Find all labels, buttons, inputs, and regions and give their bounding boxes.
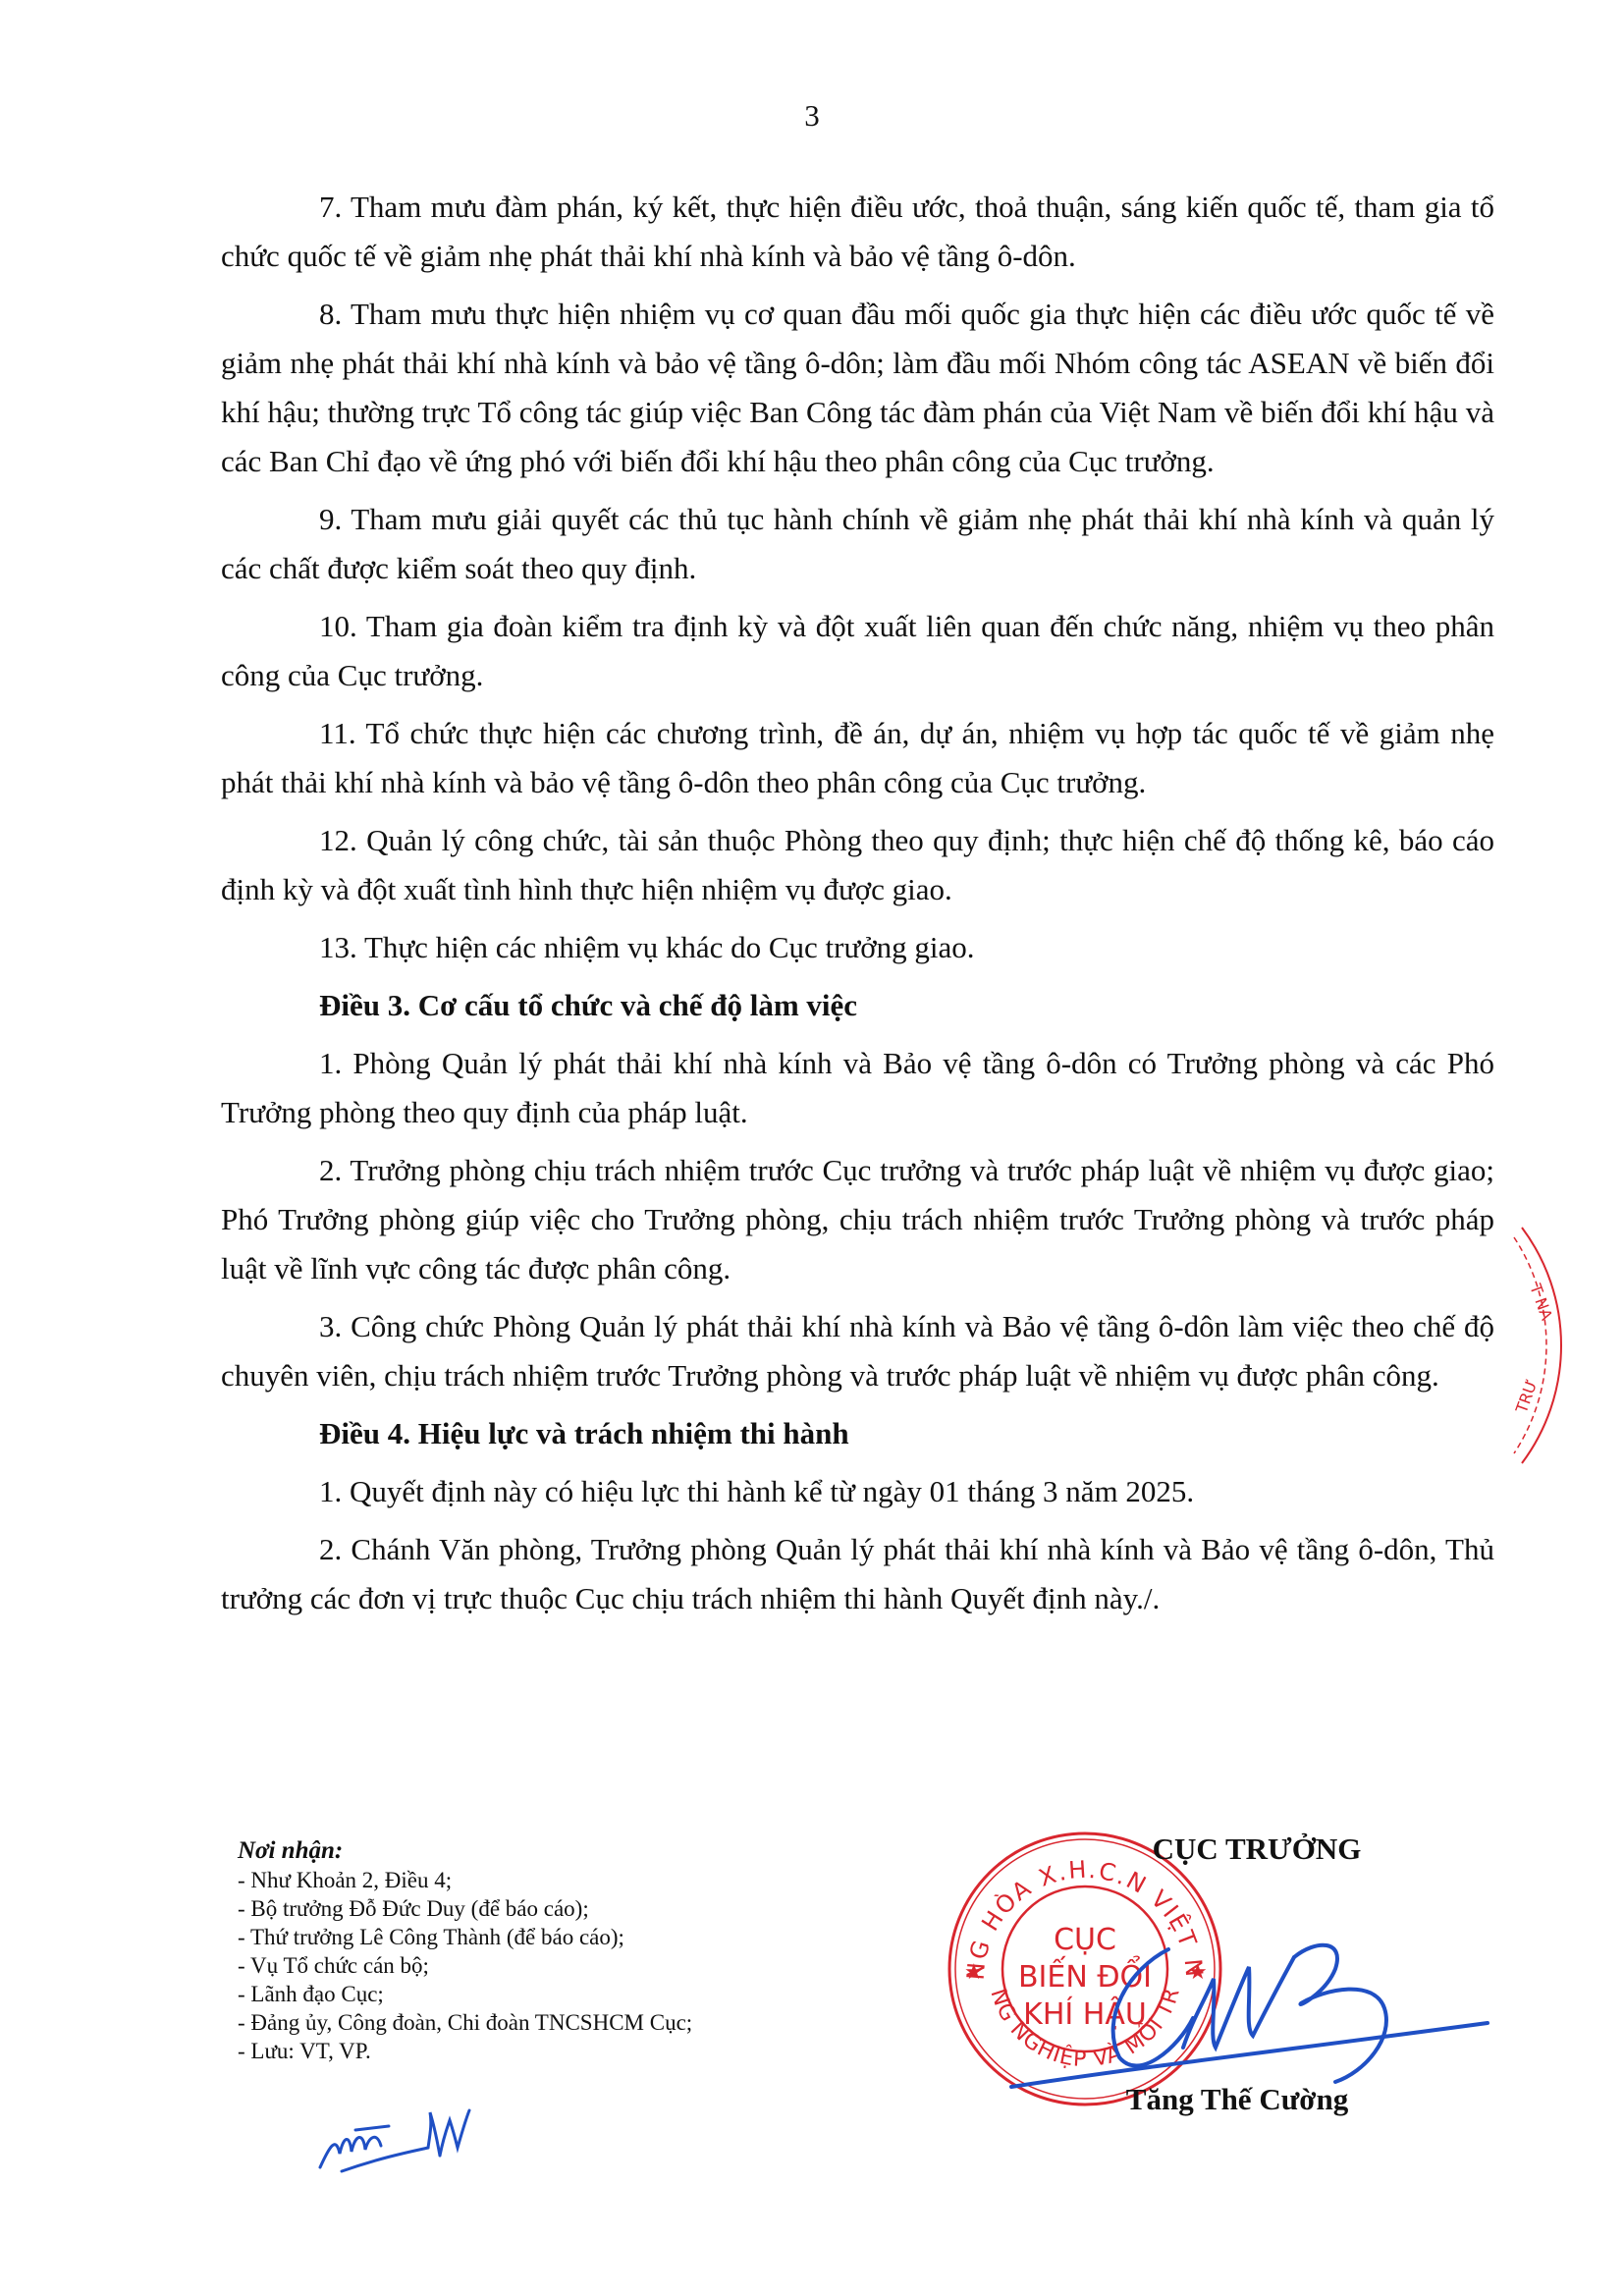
svg-text:TRƯ: TRƯ bbox=[1512, 1377, 1542, 1416]
margin-seal-icon: T NA TRƯ bbox=[1512, 1218, 1571, 1473]
body-paragraph: 2. Trưởng phòng chịu trách nhiệm trước C… bbox=[221, 1146, 1494, 1293]
recipient-item: - Đảng ủy, Công đoàn, Chi đoàn TNCSHCM C… bbox=[238, 2008, 692, 2037]
signer-title: CỤC TRƯỞNG bbox=[1070, 1831, 1443, 1867]
body-paragraph: 2. Chánh Văn phòng, Trưởng phòng Quản lý… bbox=[221, 1525, 1494, 1623]
body-paragraph: 8. Tham mưu thực hiện nhiệm vụ cơ quan đ… bbox=[221, 290, 1494, 486]
body-paragraph: 1. Quyết định này có hiệu lực thi hành k… bbox=[221, 1467, 1494, 1516]
page-number: 3 bbox=[0, 98, 1624, 134]
body-paragraph: 3. Công chức Phòng Quản lý phát thải khí… bbox=[221, 1302, 1494, 1400]
recipients-block: Nơi nhận: - Như Khoản 2, Điều 4; - Bộ tr… bbox=[238, 1836, 692, 2065]
article-heading: Điều 4. Hiệu lực và trách nhiệm thi hành bbox=[221, 1409, 1494, 1458]
document-body: 7. Tham mưu đàm phán, ký kết, thực hiện … bbox=[221, 183, 1494, 1632]
handwritten-signature-icon bbox=[982, 1910, 1492, 2106]
svg-text:★: ★ bbox=[964, 1960, 984, 1985]
recipient-item: - Lãnh đạo Cục; bbox=[238, 1980, 692, 2008]
signature-block: CỘNG HÒA X.H.C.N VIỆT NAM BỘ NÔNG NGHIỆP… bbox=[943, 1822, 1492, 2156]
recipient-item: - Vụ Tổ chức cán bộ; bbox=[238, 1951, 692, 1980]
recipient-item: - Thứ trưởng Lê Công Thành (để báo cáo); bbox=[238, 1923, 692, 1951]
article-heading: Điều 3. Cơ cấu tổ chức và chế độ làm việ… bbox=[221, 981, 1494, 1030]
recipient-item: - Như Khoản 2, Điều 4; bbox=[238, 1866, 692, 1894]
document-page: 3 7. Tham mưu đàm phán, ký kết, thực hiệ… bbox=[0, 0, 1624, 2296]
recipient-item: - Bộ trưởng Đỗ Đức Duy (để báo cáo); bbox=[238, 1894, 692, 1923]
body-paragraph: 13. Thực hiện các nhiệm vụ khác do Cục t… bbox=[221, 923, 1494, 972]
body-paragraph: 9. Tham mưu giải quyết các thủ tục hành … bbox=[221, 495, 1494, 593]
initials-signature-icon bbox=[312, 2106, 499, 2175]
recipients-title: Nơi nhận: bbox=[238, 1836, 692, 1865]
recipient-item: - Lưu: VT, VP. bbox=[238, 2037, 692, 2065]
body-paragraph: 10. Tham gia đoàn kiểm tra định kỳ và độ… bbox=[221, 602, 1494, 700]
body-paragraph: 7. Tham mưu đàm phán, ký kết, thực hiện … bbox=[221, 183, 1494, 281]
body-paragraph: 1. Phòng Quản lý phát thải khí nhà kính … bbox=[221, 1039, 1494, 1137]
body-paragraph: 12. Quản lý công chức, tài sản thuộc Phò… bbox=[221, 816, 1494, 914]
body-paragraph: 11. Tổ chức thực hiện các chương trình, … bbox=[221, 709, 1494, 807]
